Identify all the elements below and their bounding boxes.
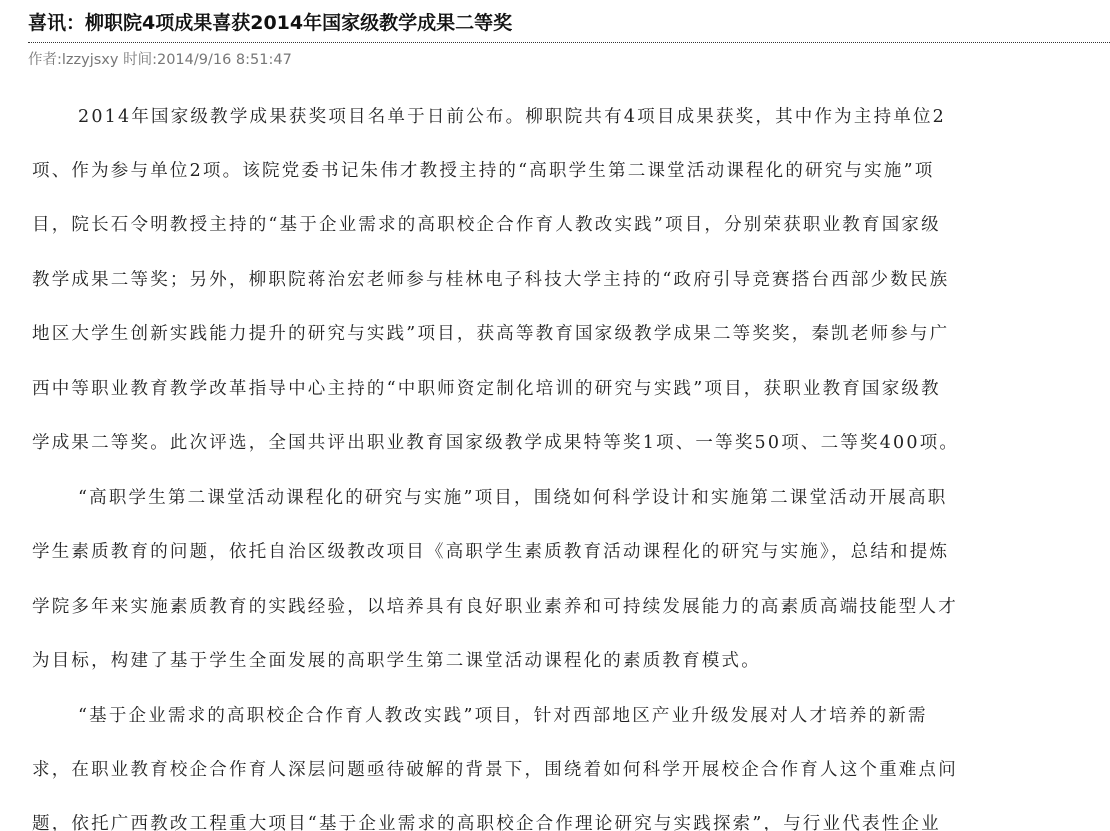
article-meta: 作者:lzzyjsxy 时间:2014/9/16 8:51:47 [28,48,292,69]
body-line: 2014年国家级教学成果获奖项目名单于日前公布。柳职院共有4项目成果获奖，其中作… [78,103,946,128]
body-line: “高职学生第二课堂活动课程化的研究与实施”项目，围绕如何科学设计和实施第二课堂活… [78,484,947,509]
body-line: “基于企业需求的高职校企合作育人教改实践”项目，针对西部地区产业升级发展对人才培… [78,702,928,727]
body-line: 学院多年来实施素质教育的实践经验，以培养具有良好职业素养和可持续发展能力的高素质… [32,593,958,618]
article-title: 喜讯：柳职院4项成果喜获2014年国家级教学成果二等奖 [28,8,512,35]
body-line: 地区大学生创新实践能力提升的研究与实践”项目，获高等教育国家级教学成果二等奖奖，… [32,320,949,345]
body-line: 目，院长石令明教授主持的“基于企业需求的高职校企合作育人教改实践”项目，分别荣获… [32,211,941,236]
body-line: 为目标，构建了基于学生全面发展的高职学生第二课堂活动课程化的素质教育模式。 [32,647,761,672]
author-label: 作者: [28,52,62,68]
body-line: 西中等职业教育教学改革指导中心主持的“中职师资定制化培训的研究与实践”项目，获职… [32,375,941,400]
title-separator [28,42,1110,43]
body-line: 项、作为参与单位2项。该院党委书记朱伟才教授主持的“高职学生第二课堂活动课程化的… [32,157,934,182]
body-line: 教学成果二等奖；另外，柳职院蒋治宏老师参与桂林电子科技大学主持的“政府引导竞赛搭… [32,266,949,291]
body-line: 学生素质教育的问题，依托自治区级教改项目《高职学生素质教育活动课程化的研究与实施… [32,538,949,563]
author-name: lzzyjsxy [62,52,119,68]
publish-time: 2014/9/16 8:51:47 [157,52,292,68]
body-line: 学成果二等奖。此次评选，全国共评出职业教育国家级教学成果特等奖1项、一等奖50项… [32,429,959,454]
body-line: 求，在职业教育校企合作育人深层问题亟待破解的背景下，围绕着如何科学开展校企合作育… [32,756,958,781]
body-line: 题，依托广西教改工程重大项目“基于企业需求的高职校企合作理论研究与实践探索”，与… [32,810,941,831]
time-label: 时间: [123,52,157,68]
